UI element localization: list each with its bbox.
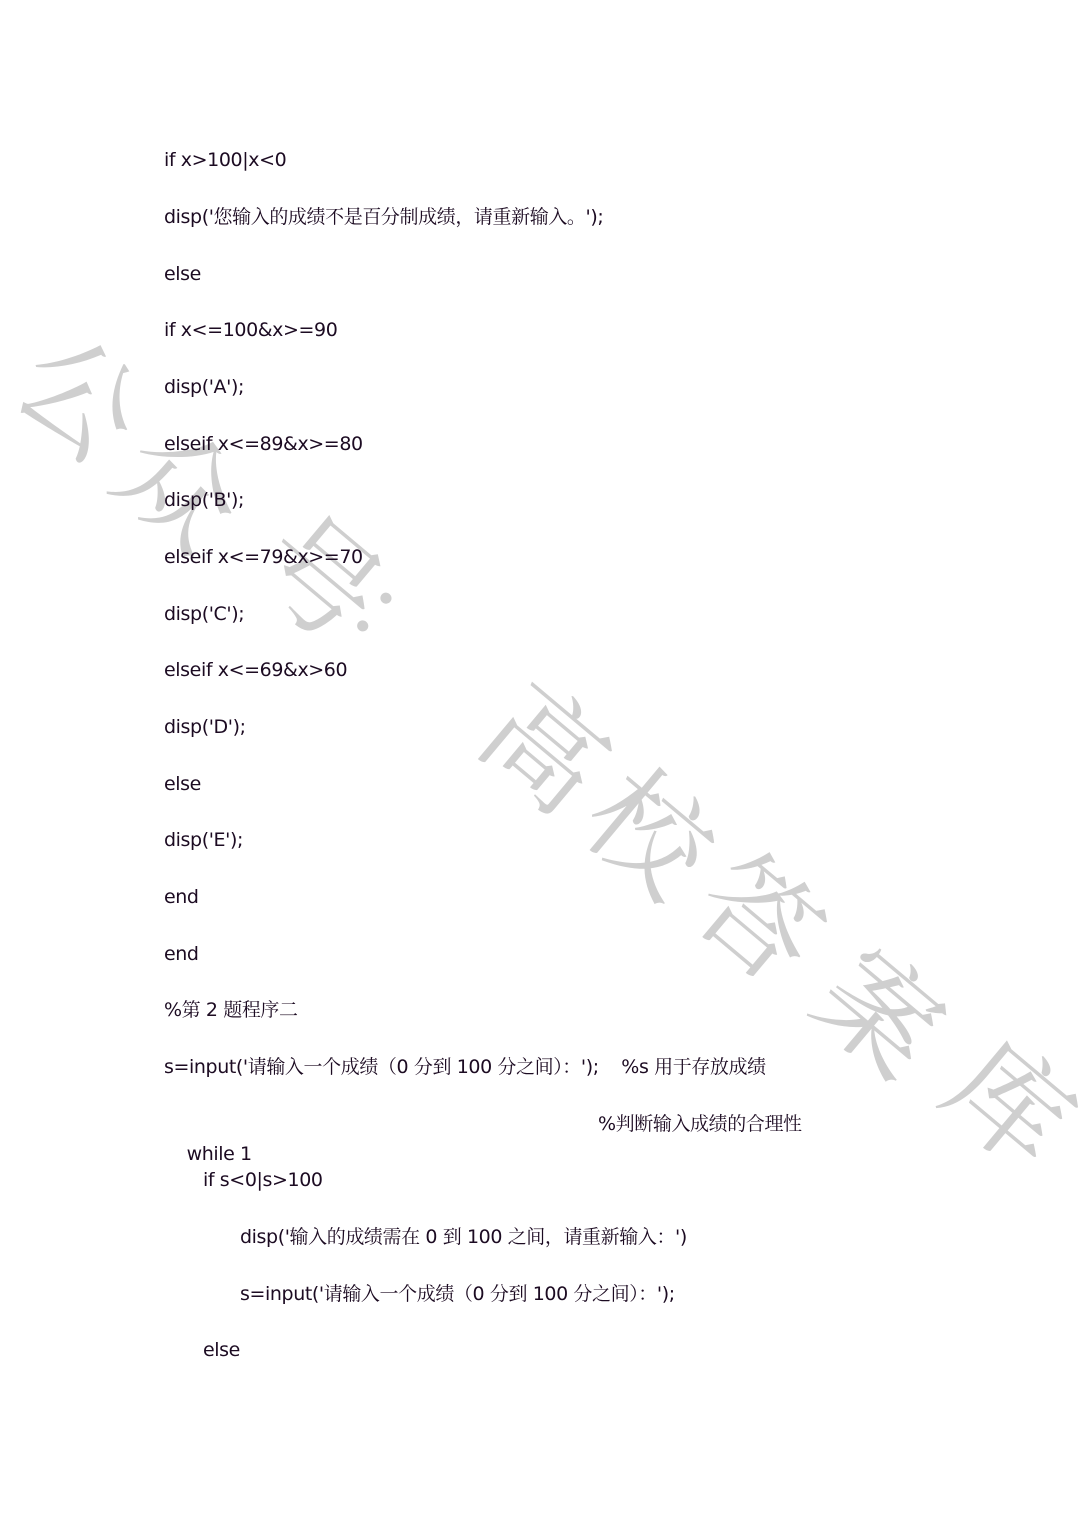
code-line: elseif x<=79&x>=70 bbox=[164, 542, 363, 572]
code-line: disp('D'); bbox=[164, 712, 246, 742]
code-line: if s<0|s>100 bbox=[203, 1165, 323, 1195]
code-line: s=input('请输入一个成绩（0 分到 100 分之间）：'); bbox=[240, 1279, 675, 1309]
code-trailing-comment: %判断输入成绩的合理性 bbox=[598, 1109, 802, 1139]
code-line: disp('C'); bbox=[164, 599, 244, 629]
watermark-char: 案 bbox=[796, 931, 962, 1097]
document-page: 公 众 号 ： 高 校 答 案 库 if x>100|x<0 disp('您输入… bbox=[0, 0, 1080, 1528]
code-line-while: while 1 bbox=[164, 1109, 252, 1139]
code-line: else bbox=[203, 1335, 240, 1365]
code-line: s=input('请输入一个成绩（0 分到 100 分之间）：'); %s 用于… bbox=[164, 1052, 766, 1082]
watermark-char: 校 bbox=[566, 751, 732, 917]
watermark-char: 库 bbox=[926, 1021, 1080, 1187]
code-line: disp('E'); bbox=[164, 825, 243, 855]
code-line: disp('B'); bbox=[164, 485, 244, 515]
watermark-char: 号 bbox=[236, 496, 402, 662]
code-line: if x>100|x<0 bbox=[164, 145, 286, 175]
code-line: elseif x<=89&x>=80 bbox=[164, 429, 363, 459]
code-line: end bbox=[164, 939, 199, 969]
code-line: else bbox=[164, 259, 201, 289]
watermark-char: 高 bbox=[461, 666, 627, 832]
watermark-char: 答 bbox=[676, 836, 842, 1002]
code-text: while 1 bbox=[187, 1143, 252, 1165]
code-line: disp('您输入的成绩不是百分制成绩，请重新输入。'); bbox=[164, 202, 603, 232]
watermark-char: 公 bbox=[0, 316, 162, 482]
code-line: elseif x<=69&x>60 bbox=[164, 655, 347, 685]
code-line: disp('A'); bbox=[164, 372, 244, 402]
code-comment-heading: %第 2 题程序二 bbox=[164, 995, 298, 1025]
code-line: else bbox=[164, 769, 201, 799]
code-line: end bbox=[164, 882, 199, 912]
code-line: disp('输入的成绩需在 0 到 100 之间，请重新输入：') bbox=[240, 1222, 687, 1252]
code-line: if x<=100&x>=90 bbox=[164, 315, 337, 345]
watermark-char: ： bbox=[332, 562, 459, 689]
